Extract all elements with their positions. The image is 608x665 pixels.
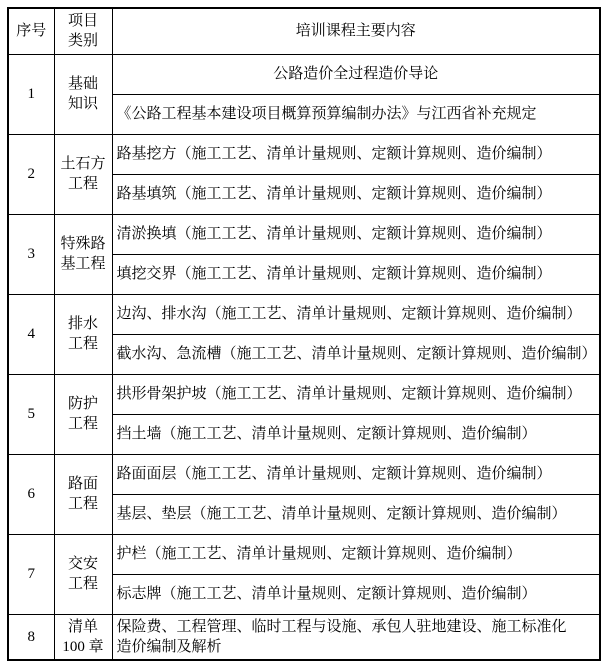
category-cell: 基础 知识 [54, 54, 112, 134]
row-number: 7 [8, 534, 54, 614]
category-cell: 防护 工程 [54, 374, 112, 454]
row-number: 5 [8, 374, 54, 454]
row-number: 6 [8, 454, 54, 534]
category-cell: 排水 工程 [54, 294, 112, 374]
category-cell: 清单 100 章 [54, 614, 112, 660]
table-row: 2 土石方 工程 路基挖方（施工工艺、清单计量规则、定额计算规则、造价编制） [8, 134, 600, 174]
content-cell: 基层、垫层（施工工艺、清单计量规则、定额计算规则、造价编制） [112, 494, 600, 534]
category-cell: 路面 工程 [54, 454, 112, 534]
table-row: 8 清单 100 章 保险费、工程管理、临时工程与设施、承包人驻地建设、施工标准… [8, 614, 600, 660]
table-header: 序号 项目 类别 培训课程主要内容 [8, 8, 600, 54]
row-number: 1 [8, 54, 54, 134]
category-cell: 特殊路 基工程 [54, 214, 112, 294]
row-number: 4 [8, 294, 54, 374]
training-course-table-container: 序号 项目 类别 培训课程主要内容 1 基础 知识 公路造价全过程造价导论 《公… [0, 0, 608, 661]
content-cell: 路基挖方（施工工艺、清单计量规则、定额计算规则、造价编制） [112, 134, 600, 174]
content-cell: 保险费、工程管理、临时工程与设施、承包人驻地建设、施工标准化 造价编制及解析 [112, 614, 600, 660]
table-row: 1 基础 知识 公路造价全过程造价导论 [8, 54, 600, 94]
category-cell: 土石方 工程 [54, 134, 112, 214]
content-cell: 《公路工程基本建设项目概算预算编制办法》与江西省补充规定 [112, 94, 600, 134]
content-cell: 截水沟、急流槽（施工工艺、清单计量规则、定额计算规则、造价编制） [112, 334, 600, 374]
content-cell: 路面面层（施工工艺、清单计量规则、定额计算规则、造价编制） [112, 454, 600, 494]
category-cell: 交安 工程 [54, 534, 112, 614]
content-cell: 标志牌（施工工艺、清单计量规则、定额计算规则、造价编制） [112, 574, 600, 614]
header-row: 序号 项目 类别 培训课程主要内容 [8, 8, 600, 54]
header-content: 培训课程主要内容 [112, 8, 600, 54]
row-number: 2 [8, 134, 54, 214]
content-cell: 公路造价全过程造价导论 [112, 54, 600, 94]
content-cell: 护栏（施工工艺、清单计量规则、定额计算规则、造价编制） [112, 534, 600, 574]
content-cell: 路基填筑（施工工艺、清单计量规则、定额计算规则、造价编制） [112, 174, 600, 214]
row-number: 3 [8, 214, 54, 294]
table-row: 3 特殊路 基工程 清淤换填（施工工艺、清单计量规则、定额计算规则、造价编制） [8, 214, 600, 254]
table-body: 1 基础 知识 公路造价全过程造价导论 《公路工程基本建设项目概算预算编制办法》… [8, 54, 600, 660]
table-row: 5 防护 工程 拱形骨架护坡（施工工艺、清单计量规则、定额计算规则、造价编制） [8, 374, 600, 414]
table-row: 6 路面 工程 路面面层（施工工艺、清单计量规则、定额计算规则、造价编制） [8, 454, 600, 494]
header-category: 项目 类别 [54, 8, 112, 54]
content-cell: 拱形骨架护坡（施工工艺、清单计量规则、定额计算规则、造价编制） [112, 374, 600, 414]
training-course-table: 序号 项目 类别 培训课程主要内容 1 基础 知识 公路造价全过程造价导论 《公… [7, 7, 601, 661]
content-cell: 清淤换填（施工工艺、清单计量规则、定额计算规则、造价编制） [112, 214, 600, 254]
header-index: 序号 [8, 8, 54, 54]
table-row: 7 交安 工程 护栏（施工工艺、清单计量规则、定额计算规则、造价编制） [8, 534, 600, 574]
content-cell: 挡土墙（施工工艺、清单计量规则、定额计算规则、造价编制） [112, 414, 600, 454]
content-cell: 填挖交界（施工工艺、清单计量规则、定额计算规则、造价编制） [112, 254, 600, 294]
row-number: 8 [8, 614, 54, 660]
table-row: 4 排水 工程 边沟、排水沟（施工工艺、清单计量规则、定额计算规则、造价编制） [8, 294, 600, 334]
content-cell: 边沟、排水沟（施工工艺、清单计量规则、定额计算规则、造价编制） [112, 294, 600, 334]
